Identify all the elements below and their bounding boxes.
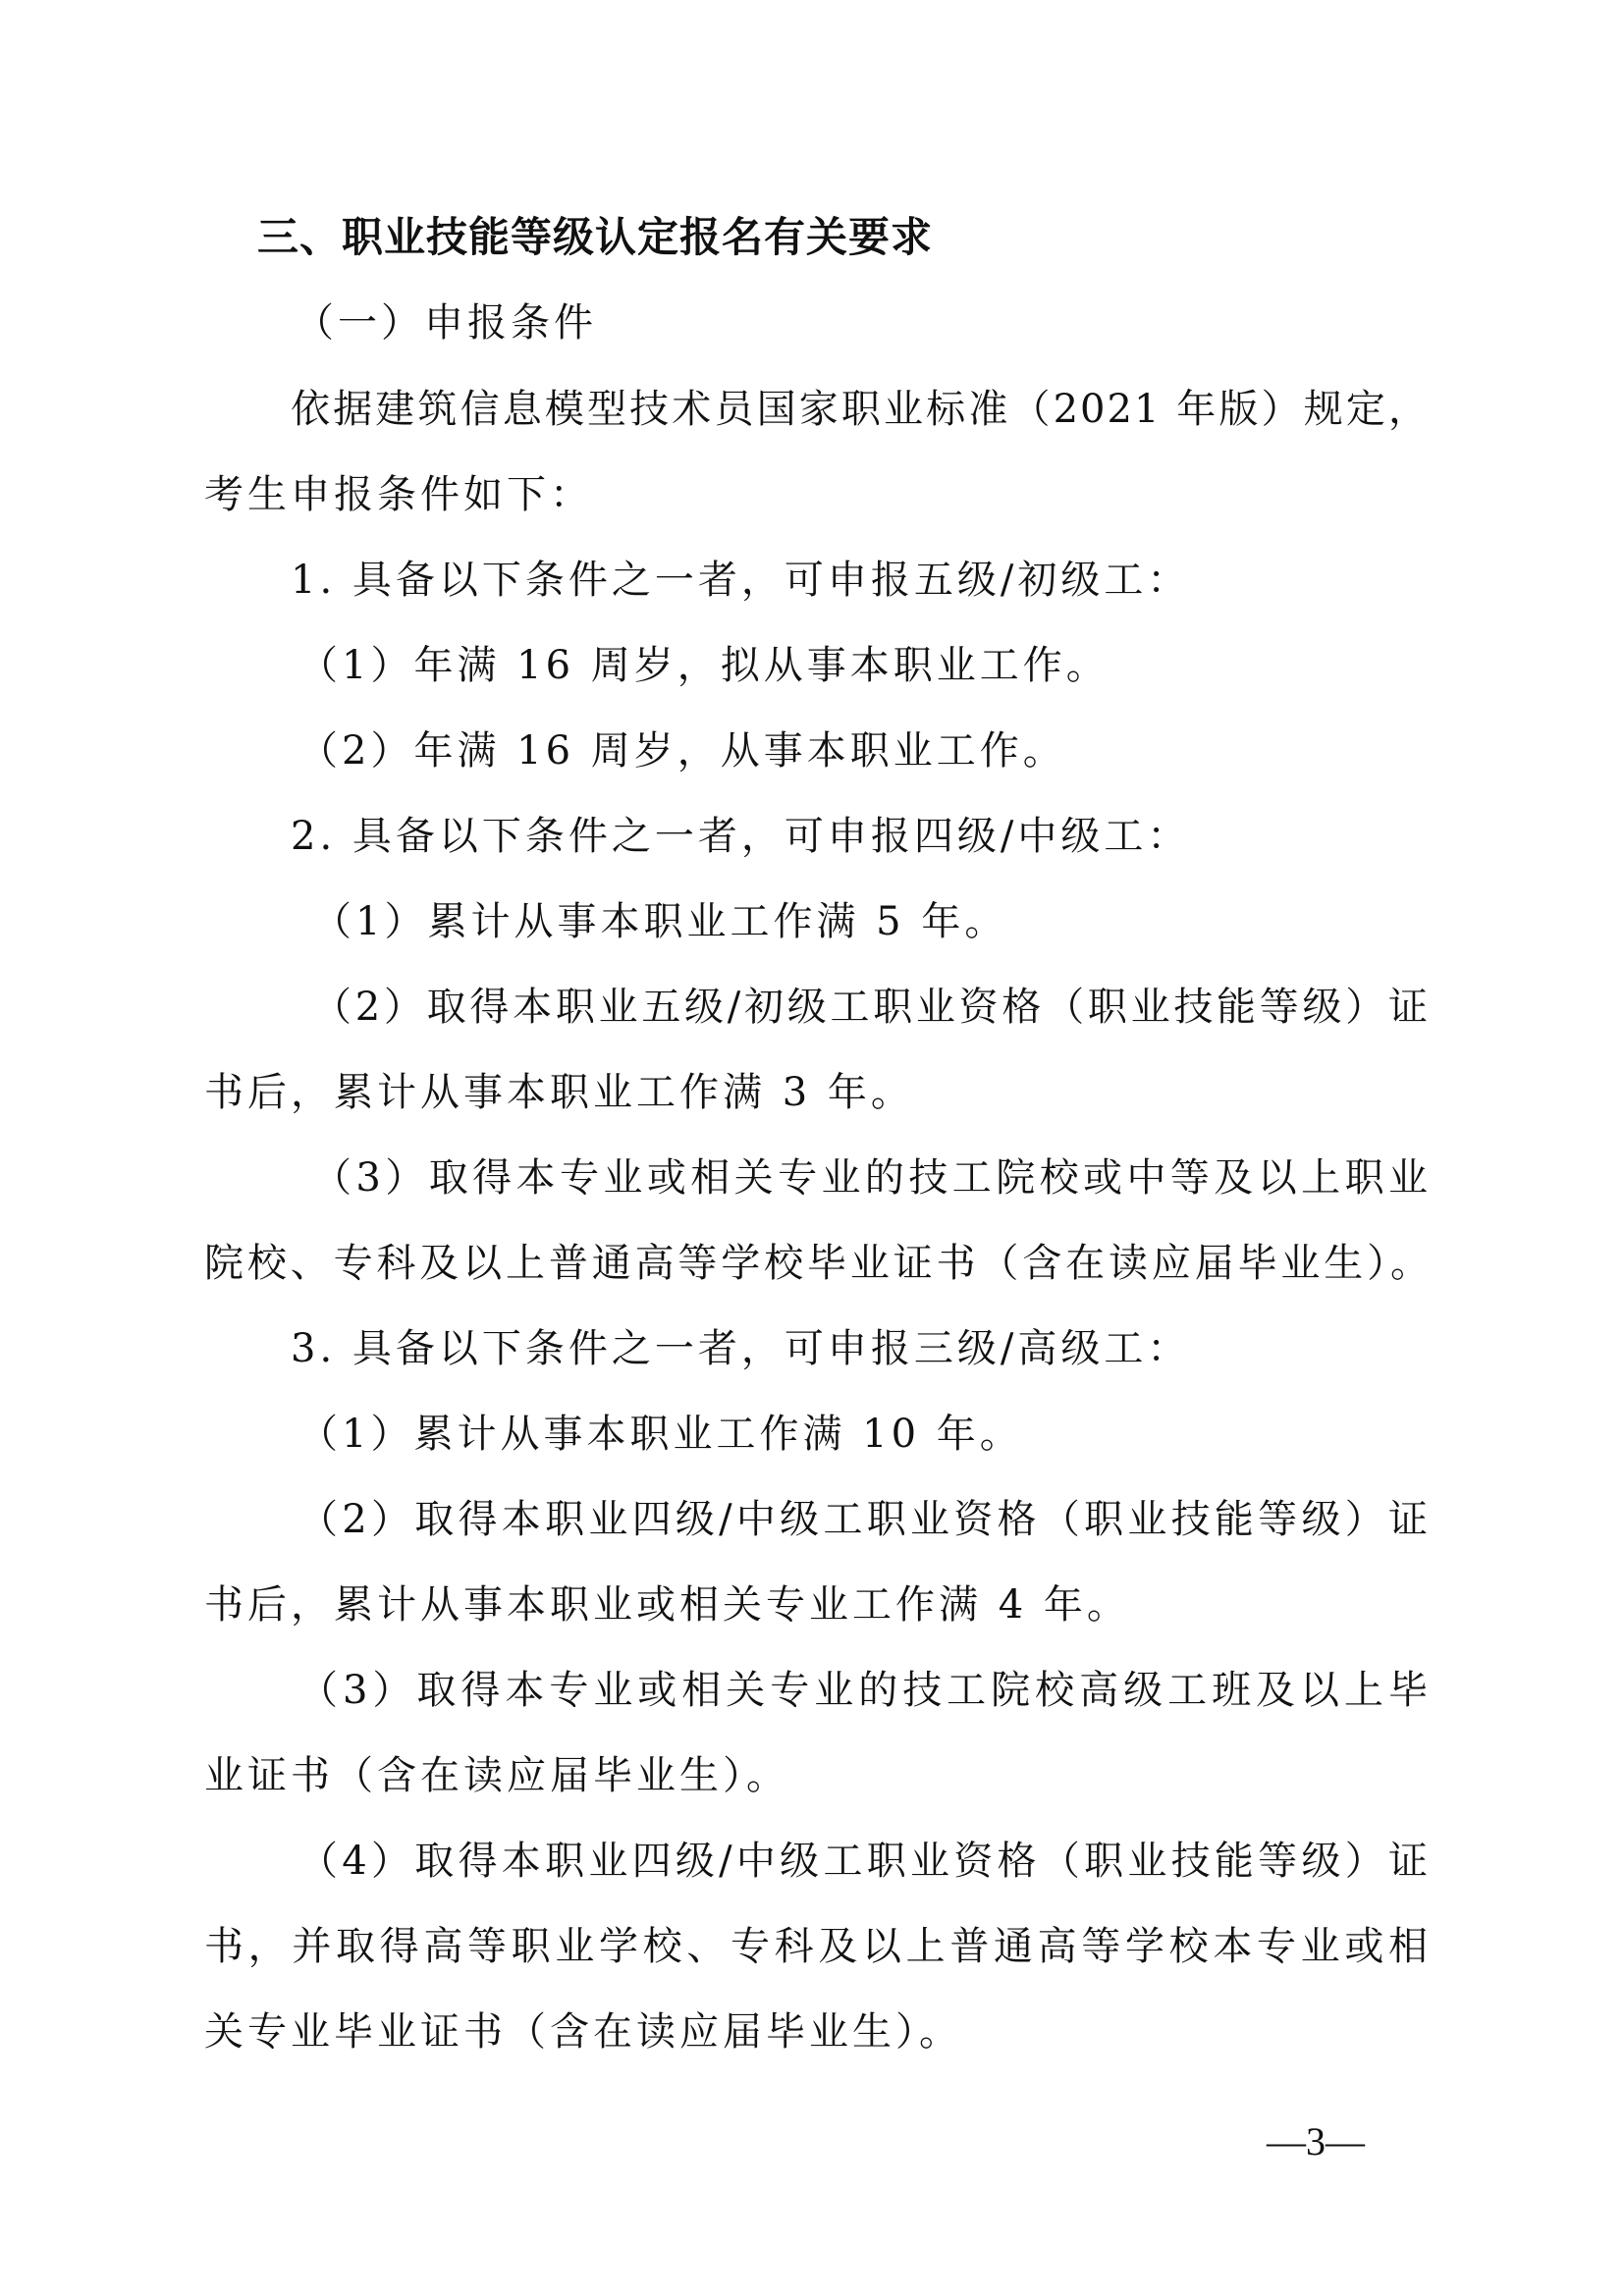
level5-item-1: （1）年满 16 周岁，拟从事本职业工作。 — [298, 642, 1110, 689]
level3-item-2-line-1: （2）取得本职业四级/中级工职业资格（职业技能等级）证 — [298, 1496, 1430, 1543]
level4-item-2-line-1: （2）取得本职业五级/初级工职业资格（职业技能等级）证 — [312, 984, 1430, 1031]
level4-item-1: （1）累计从事本职业工作满 5 年。 — [312, 898, 1007, 945]
level3-item-1: （1）累计从事本职业工作满 10 年。 — [298, 1411, 1023, 1458]
level3-item-4-line-2: 书，并取得高等职业学校、专科及以上普通高等学校本专业或相 — [204, 1923, 1430, 1970]
level4-item-3-line-1: （3）取得本专业或相关专业的技工院校或中等及以上职业 — [312, 1154, 1430, 1201]
level3-item-3-line-1: （3）取得本专业或相关专业的技工院校高级工班及以上毕 — [298, 1667, 1430, 1714]
level3-item-2-line-2: 书后，累计从事本职业或相关专业工作满 4 年。 — [204, 1581, 1130, 1629]
intro-line-2: 考生申报条件如下： — [204, 471, 593, 518]
section-heading: 三、职业技能等级认定报名有关要求 — [257, 214, 933, 261]
intro-line-1: 依据建筑信息模型技术员国家职业标准（2021 年版）规定， — [291, 386, 1430, 433]
level4-title: 2. 具备以下条件之一者，可申报四级/中级工： — [291, 813, 1190, 860]
level3-item-4-line-1: （4）取得本职业四级/中级工职业资格（职业技能等级）证 — [298, 1838, 1430, 1885]
level5-item-2: （2）年满 16 周岁，从事本职业工作。 — [298, 727, 1066, 774]
level3-title: 3. 具备以下条件之一者，可申报三级/高级工： — [291, 1325, 1190, 1372]
level5-title: 1. 具备以下条件之一者，可申报五级/初级工： — [291, 557, 1190, 604]
level3-item-4-line-3: 关专业毕业证书（含在读应届毕业生）。 — [204, 2008, 962, 2056]
document-page: 三、职业技能等级认定报名有关要求 （一）申报条件 依据建筑信息模型技术员国家职业… — [0, 0, 1624, 2296]
subsection-heading: （一）申报条件 — [295, 299, 597, 347]
level4-item-2-line-2: 书后，累计从事本职业工作满 3 年。 — [204, 1069, 914, 1116]
level4-item-3-line-2: 院校、专科及以上普通高等学校毕业证书（含在读应届毕业生）。 — [204, 1240, 1430, 1287]
page-number: —3— — [1267, 2118, 1365, 2164]
level3-item-3-line-2: 业证书（含在读应届毕业生）。 — [204, 1752, 789, 1799]
